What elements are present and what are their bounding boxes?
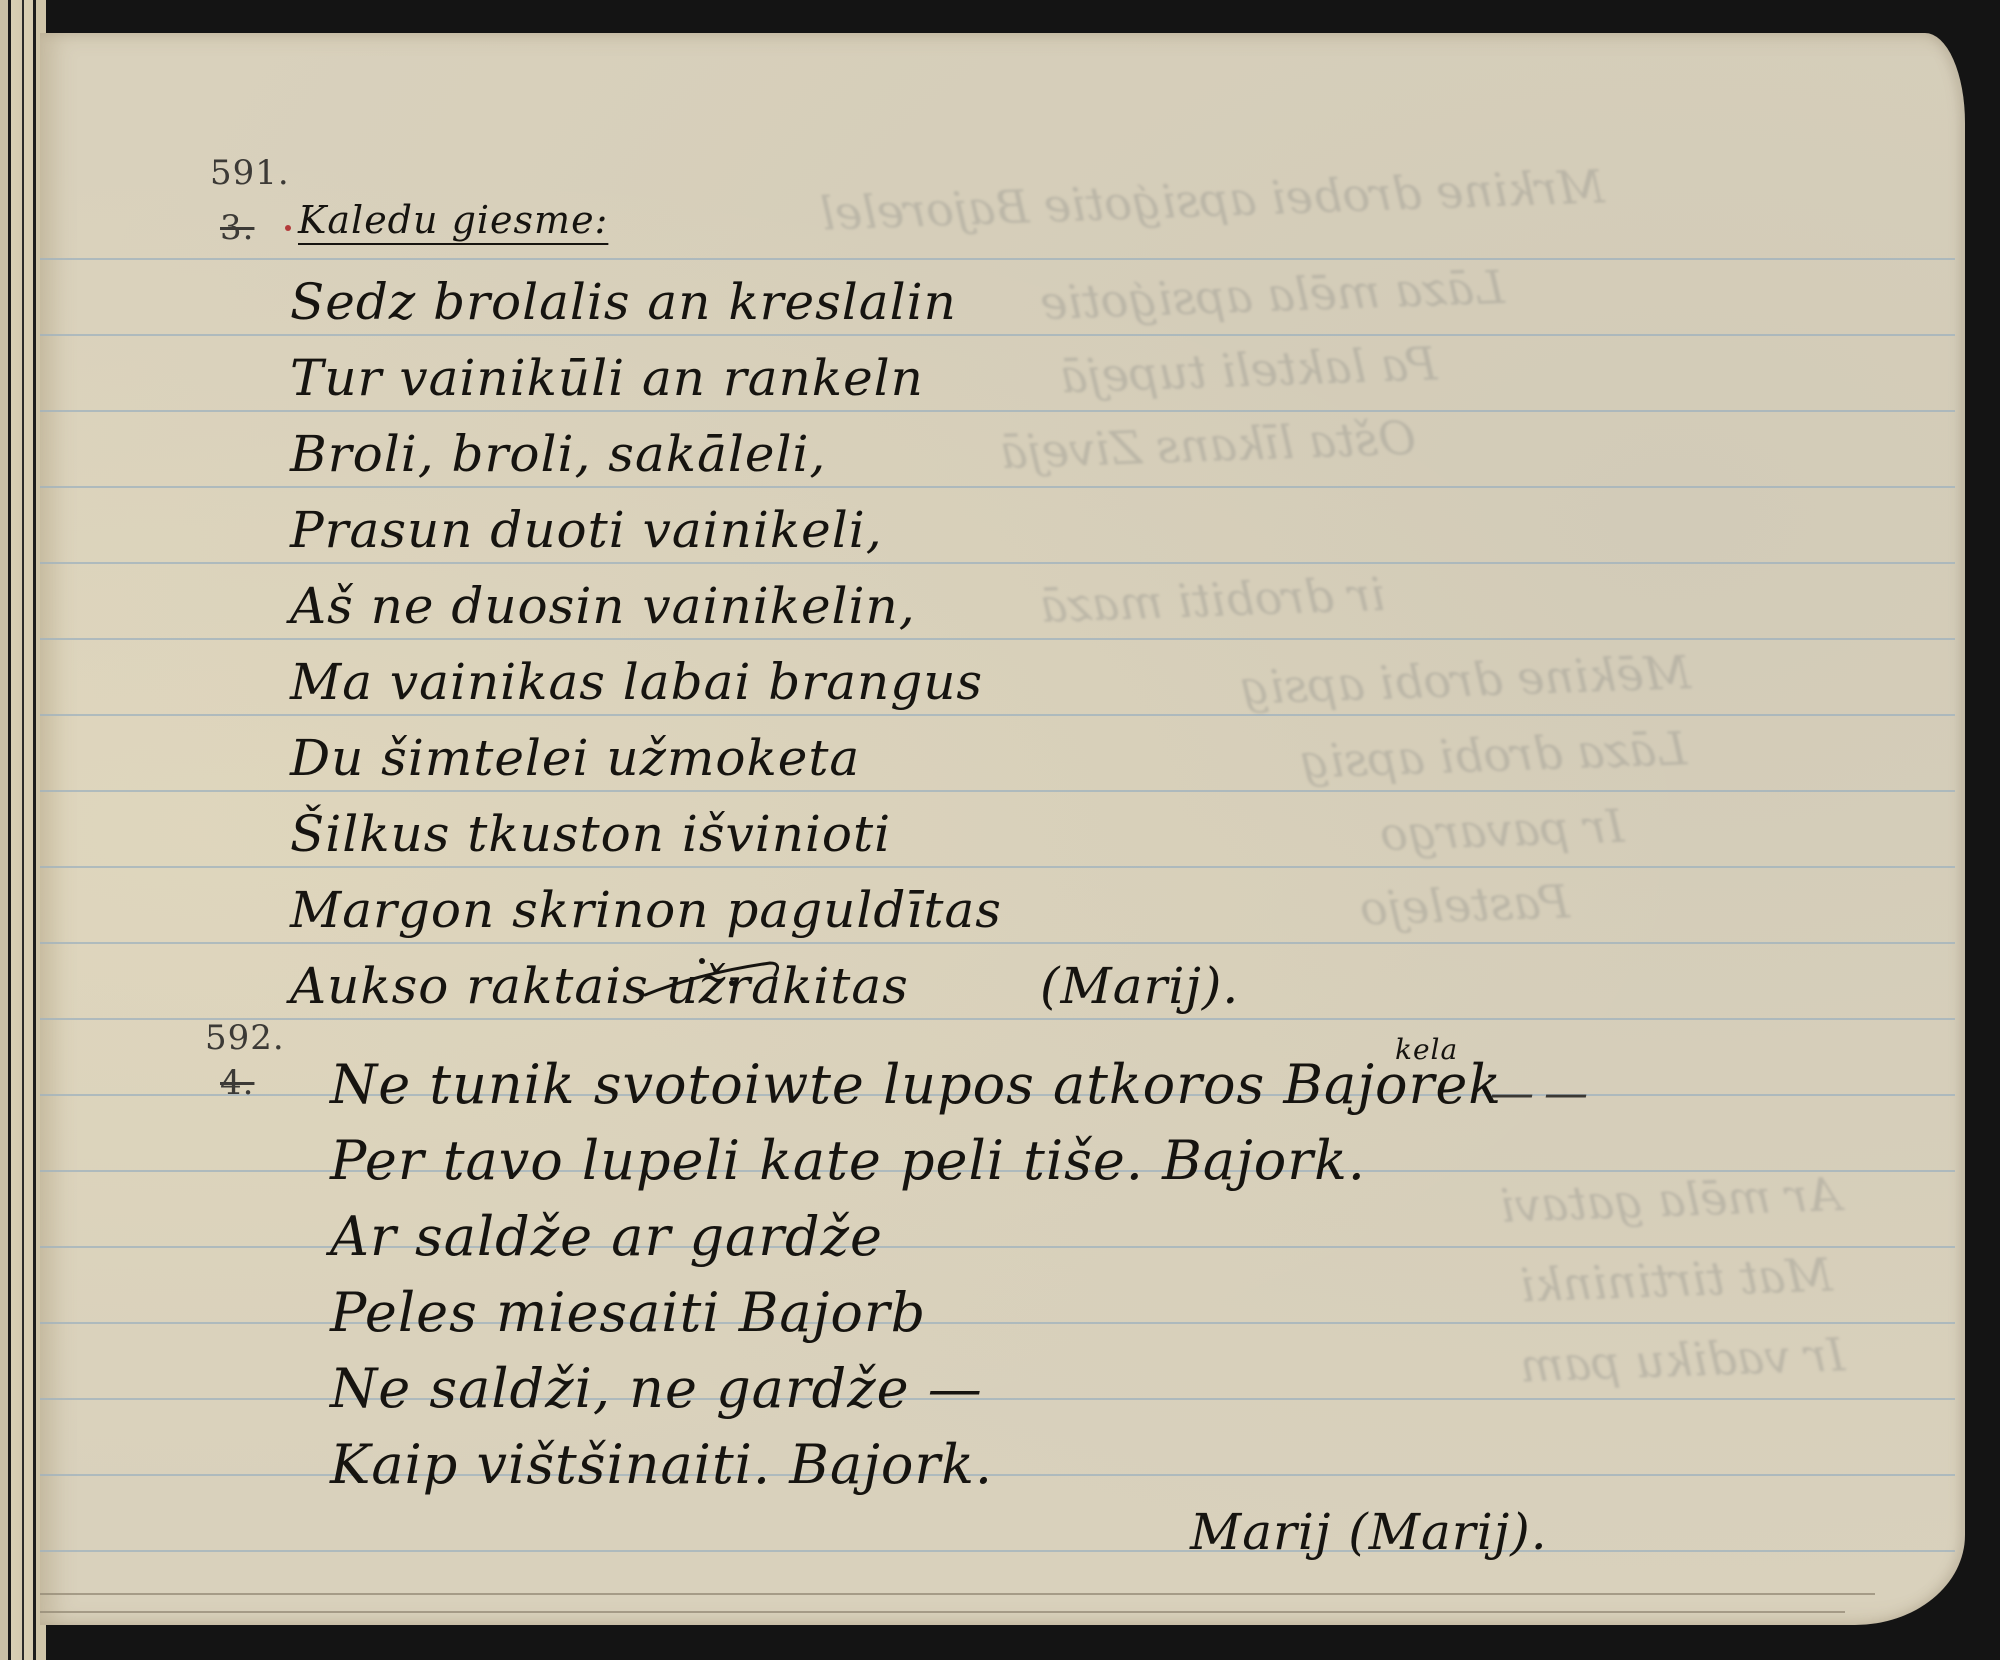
poem-591-line: Margon skrinon paguldītas xyxy=(290,881,1002,939)
poem-591-line: Du šimtelei užmoketa xyxy=(290,729,860,787)
ruled-line xyxy=(40,714,1955,716)
poem-592-line: Peles miesaiti Bajorb xyxy=(330,1281,926,1344)
ruled-line xyxy=(40,258,1955,260)
poem-591-line: Aukso raktais užrakitas xyxy=(290,957,909,1015)
ruled-line xyxy=(40,1322,1955,1324)
poem-591-line: Šilkus tkuston išvinioti xyxy=(290,805,891,863)
notebook-page: Mrkine drobei apsiģotie Bajorelel Lāza m… xyxy=(40,33,1965,1625)
poem-592-line: Ar saldže ar gardže xyxy=(330,1205,883,1268)
poem-591-line: Prasun duoti vainikeli, xyxy=(290,501,883,559)
showthrough-line: Ošta līkans Zivejā xyxy=(999,411,1417,479)
poem-592-line: Kaip vištšinaiti. Bajork. xyxy=(330,1433,993,1496)
ruled-line xyxy=(40,638,1955,640)
poem-591-source: (Marij). xyxy=(1040,957,1239,1015)
end-flourish xyxy=(640,953,790,1003)
ruled-line xyxy=(40,1550,1955,1552)
ruled-line xyxy=(40,410,1955,412)
page-stack-edge xyxy=(40,1611,1845,1613)
ruled-line xyxy=(40,1246,1955,1248)
ruled-line xyxy=(40,1474,1955,1476)
poem-591-line: Ma vainikas labai brangus xyxy=(290,653,983,711)
poem-591-line: Broli, broli, sakāleli, xyxy=(290,425,826,483)
ruled-line xyxy=(40,1018,1955,1020)
showthrough-line: Mat tirtininki xyxy=(1519,1248,1833,1313)
poem-591-line: Sedz brolalis an kreslalin xyxy=(290,273,957,331)
ruled-line xyxy=(40,486,1955,488)
poem-591-number: 591. xyxy=(210,153,290,193)
poem-592-line: Ne saldži, ne gardže — xyxy=(330,1357,983,1420)
poem-592-trailing-dash: —— xyxy=(1490,1068,1598,1119)
ruled-line xyxy=(40,790,1955,792)
showthrough-line: Pa lakteli tupejā xyxy=(1059,336,1438,403)
poem-591-old-number: 3. xyxy=(220,208,254,248)
poem-592-insertion: kela xyxy=(1395,1033,1458,1066)
poem-591-title: Kaledu giesme: xyxy=(298,198,608,242)
ruled-line xyxy=(40,866,1955,868)
ruled-line xyxy=(40,562,1955,564)
ruled-line xyxy=(40,942,1955,944)
showthrough-line: Ar mēla gatavi xyxy=(1499,1167,1842,1233)
showthrough-line: ir drobiti mazā xyxy=(1039,567,1386,633)
poem-592-number: 592. xyxy=(205,1018,285,1058)
showthrough-line: Lāza mēla apsiģotie xyxy=(1039,260,1505,330)
showthrough-line: Ir pavargo xyxy=(1379,799,1625,861)
poem-592-old-number: 4. xyxy=(220,1063,254,1103)
red-dot-mark xyxy=(285,225,291,231)
showthrough-line: Mrkine drobei apsiģotie Bajorelel xyxy=(819,159,1605,240)
showthrough-line: Mēkine drobi apsig xyxy=(1239,645,1692,715)
poem-592-line: Per tavo lupeli kate peli tiše. Bajork. xyxy=(330,1129,1366,1192)
poem-592-signature: Marij (Marij). xyxy=(1190,1503,1548,1561)
poem-592-line: Ne tunik svotoiwte lupos atkoros Bajorek xyxy=(330,1053,1502,1116)
poem-591-line: Tur vainikūli an rankeln xyxy=(290,349,924,407)
page-stack-edge xyxy=(40,1593,1875,1595)
ruled-line xyxy=(40,1398,1955,1400)
poem-591-line: Aš ne duosin vainikelin, xyxy=(290,577,916,635)
ruled-line xyxy=(40,334,1955,336)
showthrough-line: Pastelejo xyxy=(1359,874,1570,935)
showthrough-line: Ir vadiku pam xyxy=(1519,1327,1846,1392)
showthrough-line: Lāza drobi apsig xyxy=(1299,721,1687,788)
